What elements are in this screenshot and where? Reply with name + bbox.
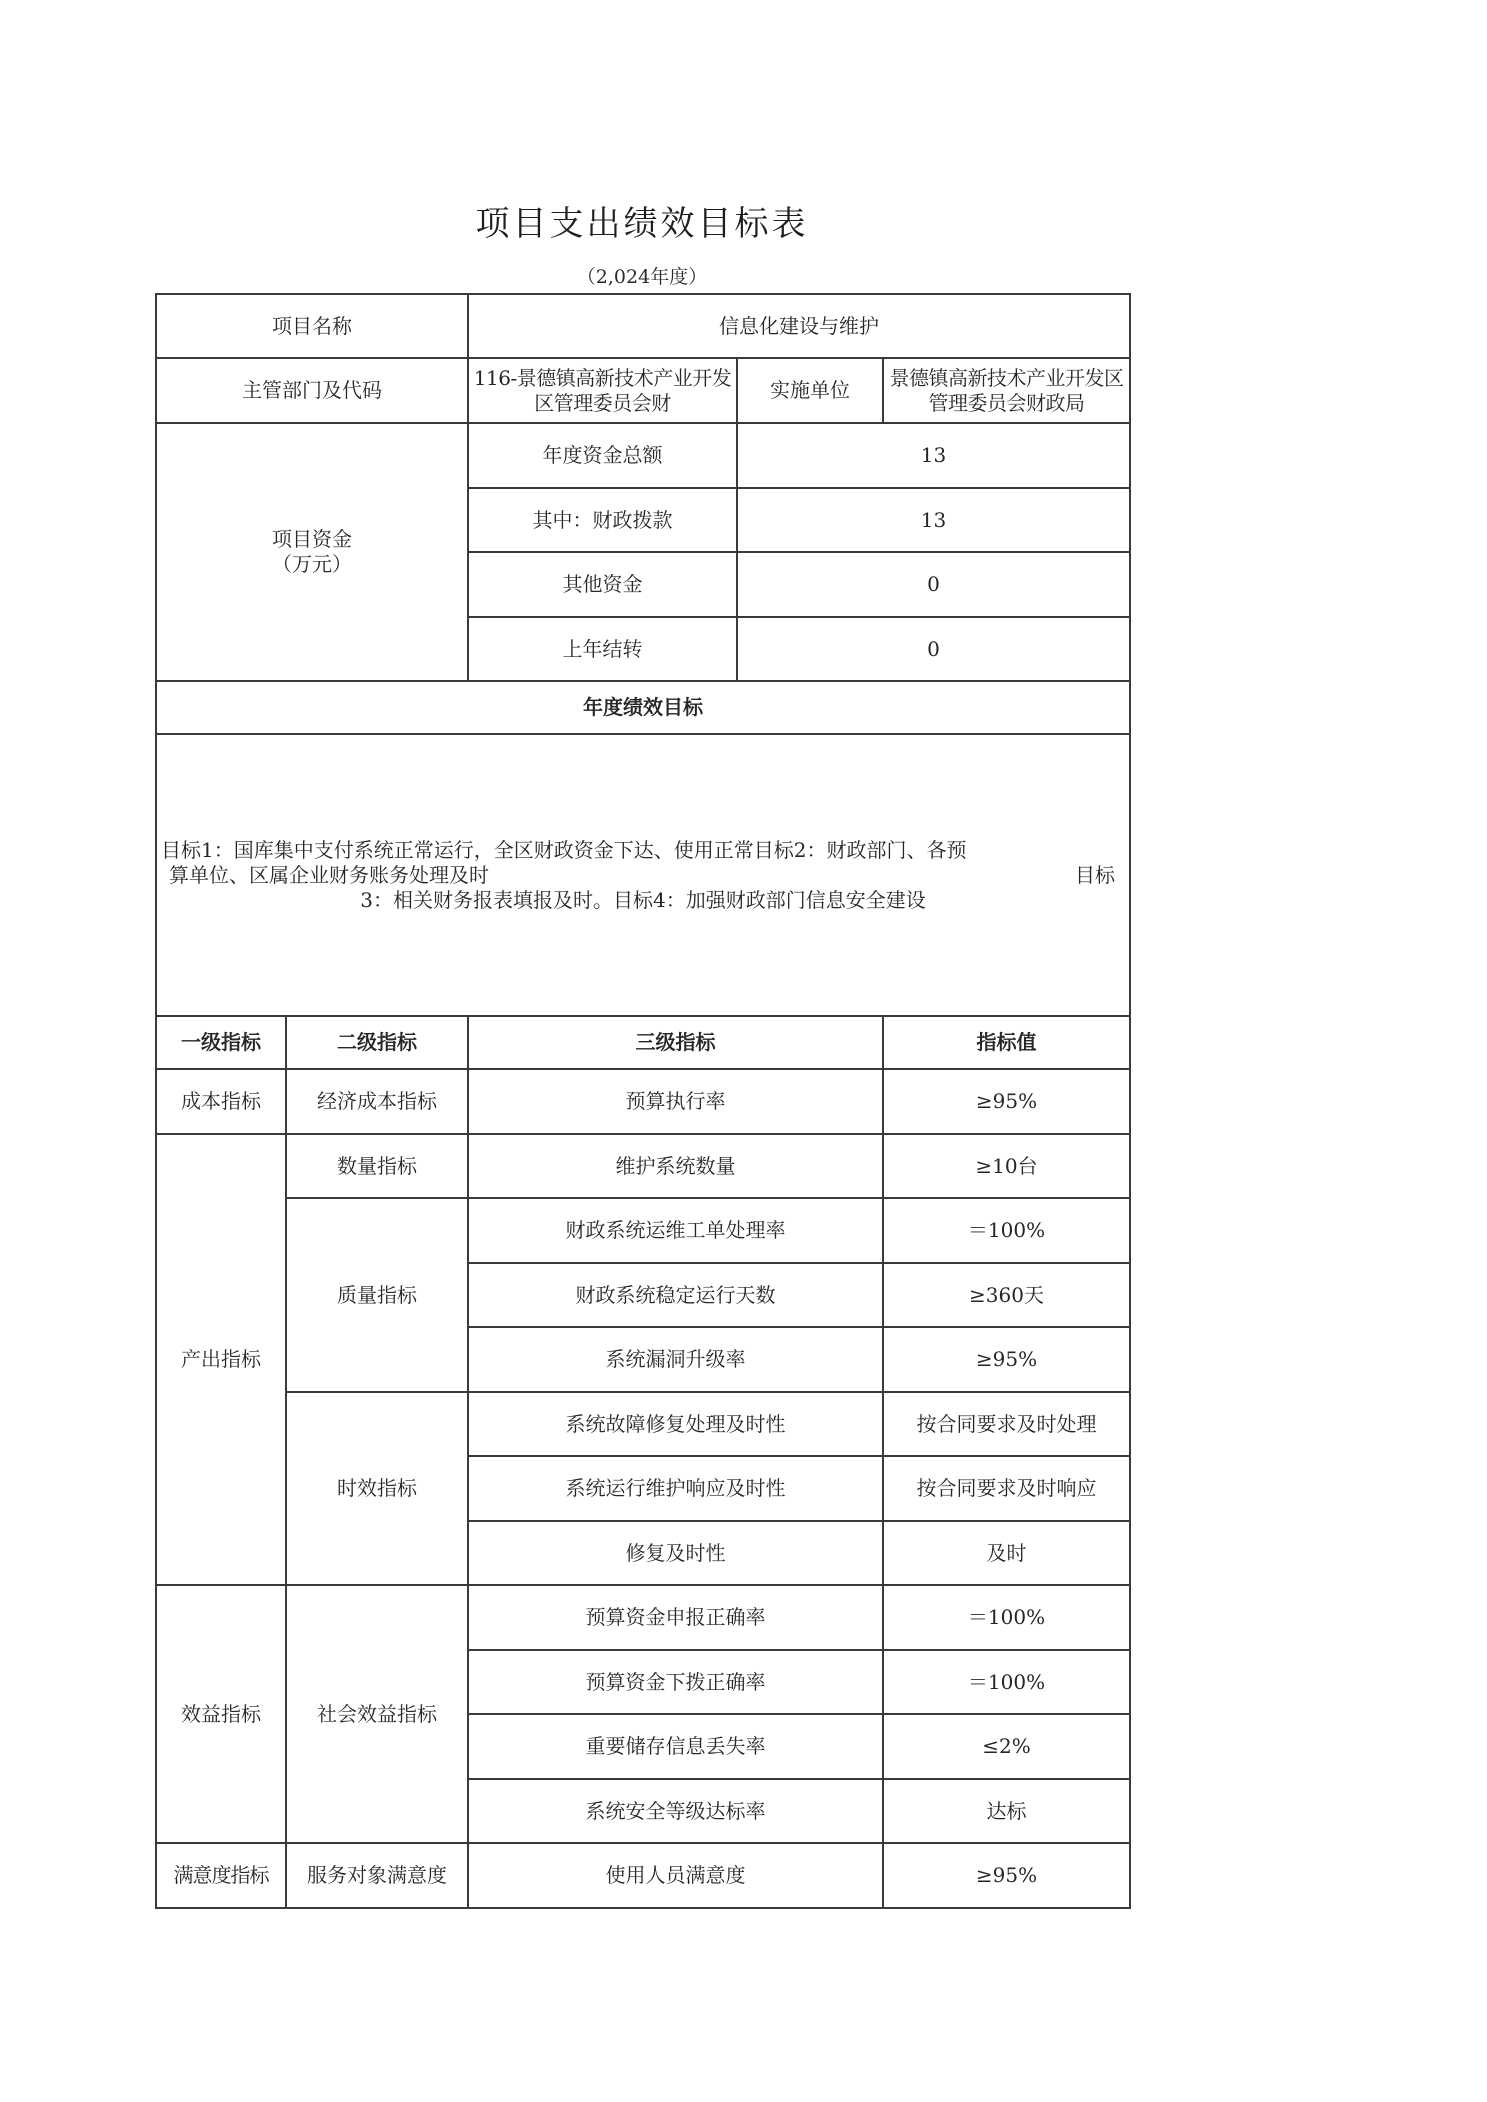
value-cell: 及时 <box>883 1521 1130 1585</box>
goals-body-row: 目标1：国库集中支付系统正常运行，全区财政资金下达、使用正常目标2：财政部门、各… <box>156 734 1130 1016</box>
level1-cell: 产出指标 <box>156 1134 286 1585</box>
level2-cell: 服务对象满意度 <box>286 1843 468 1908</box>
level1-cell: 效益指标 <box>156 1585 286 1843</box>
funding-row-label: 其中：财政拨款 <box>468 488 737 552</box>
department-value: 116-景德镇高新技术产业开发区管理委员会财 <box>468 358 737 423</box>
level3-cell: 财政系统运维工单处理率 <box>468 1198 883 1263</box>
project-name-label: 项目名称 <box>156 294 468 358</box>
level3-cell: 预算资金申报正确率 <box>468 1585 883 1650</box>
header-value: 指标值 <box>883 1016 1130 1069</box>
table-row: 质量指标 财政系统运维工单处理率 ＝100% <box>156 1198 1130 1263</box>
level2-cell: 数量指标 <box>286 1134 468 1198</box>
goals-text: 目标1：国库集中支付系统正常运行，全区财政资金下达、使用正常目标2：财政部门、各… <box>156 734 1130 1016</box>
value-cell: ≥360天 <box>883 1263 1130 1327</box>
funding-row-label: 其他资金 <box>468 552 737 617</box>
goals-line-2: 算单位、区属企业财务账务处理及时 目标 <box>161 863 1125 888</box>
level2-cell: 时效指标 <box>286 1392 468 1585</box>
department-row: 主管部门及代码 116-景德镇高新技术产业开发区管理委员会财 实施单位 景德镇高… <box>156 358 1130 423</box>
table-row: 满意度指标 服务对象满意度 使用人员满意度 ≥95% <box>156 1843 1130 1908</box>
level3-cell: 维护系统数量 <box>468 1134 883 1198</box>
goals-line-2b: 目标 <box>1075 863 1115 888</box>
level1-cell: 成本指标 <box>156 1069 286 1134</box>
funding-label: 项目资金 （万元） <box>156 423 468 681</box>
header-level1: 一级指标 <box>156 1016 286 1069</box>
level3-cell: 预算资金下拨正确率 <box>468 1650 883 1714</box>
value-cell: 达标 <box>883 1779 1130 1843</box>
table-row: 成本指标 经济成本指标 预算执行率 ≥95% <box>156 1069 1130 1134</box>
level3-cell: 系统漏洞升级率 <box>468 1327 883 1392</box>
table-row: 效益指标 社会效益指标 预算资金申报正确率 ＝100% <box>156 1585 1130 1650</box>
table-row: 产出指标 数量指标 维护系统数量 ≥10台 <box>156 1134 1130 1198</box>
indicator-header-row: 一级指标 二级指标 三级指标 指标值 <box>156 1016 1130 1069</box>
value-cell: 按合同要求及时处理 <box>883 1392 1130 1456</box>
funding-row-value: 0 <box>737 617 1130 681</box>
table-row: 时效指标 系统故障修复处理及时性 按合同要求及时处理 <box>156 1392 1130 1456</box>
level2-cell: 社会效益指标 <box>286 1585 468 1843</box>
funding-unit: （万元） <box>161 552 463 577</box>
level3-cell: 重要储存信息丢失率 <box>468 1714 883 1779</box>
funding-row-label: 上年结转 <box>468 617 737 681</box>
level2-cell: 经济成本指标 <box>286 1069 468 1134</box>
goals-header-row: 年度绩效目标 <box>156 681 1130 734</box>
funding-row-value: 13 <box>737 488 1130 552</box>
value-cell: ≤2% <box>883 1714 1130 1779</box>
level2-cell: 质量指标 <box>286 1198 468 1392</box>
value-cell: ＝100% <box>883 1585 1130 1650</box>
level3-cell: 使用人员满意度 <box>468 1843 883 1908</box>
level1-cell: 满意度指标 <box>156 1843 286 1908</box>
funding-row-value: 13 <box>737 423 1130 488</box>
value-cell: ≥10台 <box>883 1134 1130 1198</box>
funding-row-value: 0 <box>737 552 1130 617</box>
value-cell: ＝100% <box>883 1198 1130 1263</box>
document-title: 项目支出绩效目标表 <box>0 196 1284 245</box>
goals-line-2a: 算单位、区属企业财务账务处理及时 <box>169 863 489 888</box>
level3-cell: 系统运行维护响应及时性 <box>468 1456 883 1521</box>
project-name-row: 项目名称 信息化建设与维护 <box>156 294 1130 358</box>
performance-target-table: 项目名称 信息化建设与维护 主管部门及代码 116-景德镇高新技术产业开发区管理… <box>155 293 1131 1909</box>
value-cell: ≥95% <box>883 1843 1130 1908</box>
value-cell: ＝100% <box>883 1650 1130 1714</box>
department-label: 主管部门及代码 <box>156 358 468 423</box>
level3-cell: 系统安全等级达标率 <box>468 1779 883 1843</box>
header-level2: 二级指标 <box>286 1016 468 1069</box>
funding-row-label: 年度资金总额 <box>468 423 737 488</box>
goals-line-3: 3：相关财务报表填报及时。目标4：加强财政部门信息安全建设 <box>161 888 1125 913</box>
goals-header: 年度绩效目标 <box>156 681 1130 734</box>
value-cell: 按合同要求及时响应 <box>883 1456 1130 1521</box>
fiscal-year-subtitle: （2,024年度） <box>0 262 1284 289</box>
level3-cell: 财政系统稳定运行天数 <box>468 1263 883 1327</box>
implementing-unit-label: 实施单位 <box>737 358 883 423</box>
level3-cell: 系统故障修复处理及时性 <box>468 1392 883 1456</box>
value-cell: ≥95% <box>883 1069 1130 1134</box>
funding-label-text: 项目资金 <box>161 527 463 552</box>
header-level3: 三级指标 <box>468 1016 883 1069</box>
funding-row: 项目资金 （万元） 年度资金总额 13 <box>156 423 1130 488</box>
level3-cell: 预算执行率 <box>468 1069 883 1134</box>
level3-cell: 修复及时性 <box>468 1521 883 1585</box>
value-cell: ≥95% <box>883 1327 1130 1392</box>
goals-line-1: 目标1：国库集中支付系统正常运行，全区财政资金下达、使用正常目标2：财政部门、各… <box>161 838 1125 863</box>
implementing-unit-value: 景德镇高新技术产业开发区管理委员会财政局 <box>883 358 1130 423</box>
project-name-value: 信息化建设与维护 <box>468 294 1130 358</box>
